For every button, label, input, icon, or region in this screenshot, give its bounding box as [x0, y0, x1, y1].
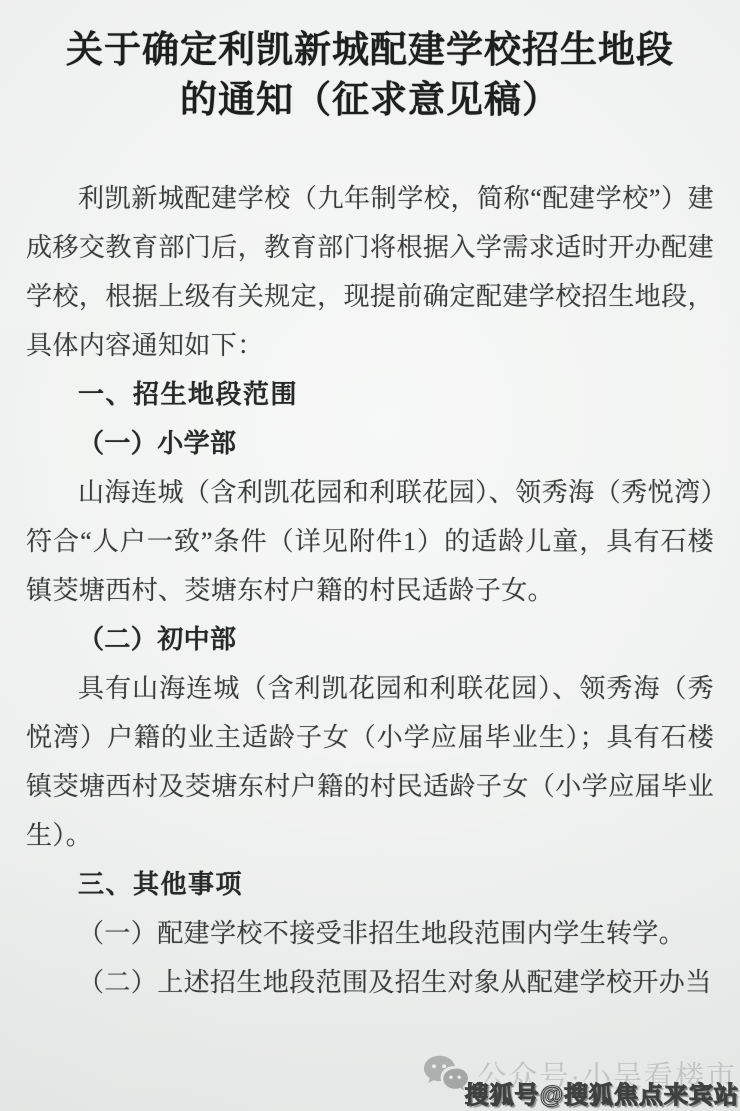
wechat-logo-icon [422, 1053, 468, 1095]
subsection-heading-junior-high: （二）初中部 [26, 615, 714, 664]
sohu-watermark: 搜狐号@搜狐焦点来宾站 [465, 1075, 739, 1110]
document-page: 关于确定利凯新城配建学校招生地段 的通知（征求意见稿） 利凯新城配建学校（九年制… [0, 0, 740, 1111]
other-matters-item-2: （二）上述招生地段范围及招生对象从配建学校开办当 [26, 958, 714, 1007]
junior-high-section-paragraph: 具有山海连城（含利凯花园和利联花园）、领秀海（秀悦湾）户籍的业主适龄子女（小学应… [26, 664, 714, 860]
document-body: 利凯新城配建学校（九年制学校，简称“配建学校”）建成移交教育部门后，教育部门将根… [26, 174, 714, 1007]
section-heading-other-matters: 三、其他事项 [26, 860, 714, 909]
subsection-heading-primary: （一）小学部 [26, 419, 714, 468]
primary-section-paragraph: 山海连城（含利凯花园和利联花园）、领秀海（秀悦湾）符合“人户一致”条件（详见附件… [26, 468, 714, 615]
document-title-line1: 关于确定利凯新城配建学校招生地段 [26, 26, 714, 76]
other-matters-item-1: （一）配建学校不接受非招生地段范围内学生转学。 [26, 909, 714, 958]
intro-paragraph: 利凯新城配建学校（九年制学校，简称“配建学校”）建成移交教育部门后，教育部门将根… [26, 174, 714, 370]
section-heading-enrollment-scope: 一、招生地段范围 [26, 370, 714, 419]
document-title-line2: 的通知（征求意见稿） [26, 76, 714, 126]
document-title: 关于确定利凯新城配建学校招生地段 的通知（征求意见稿） [26, 26, 714, 126]
